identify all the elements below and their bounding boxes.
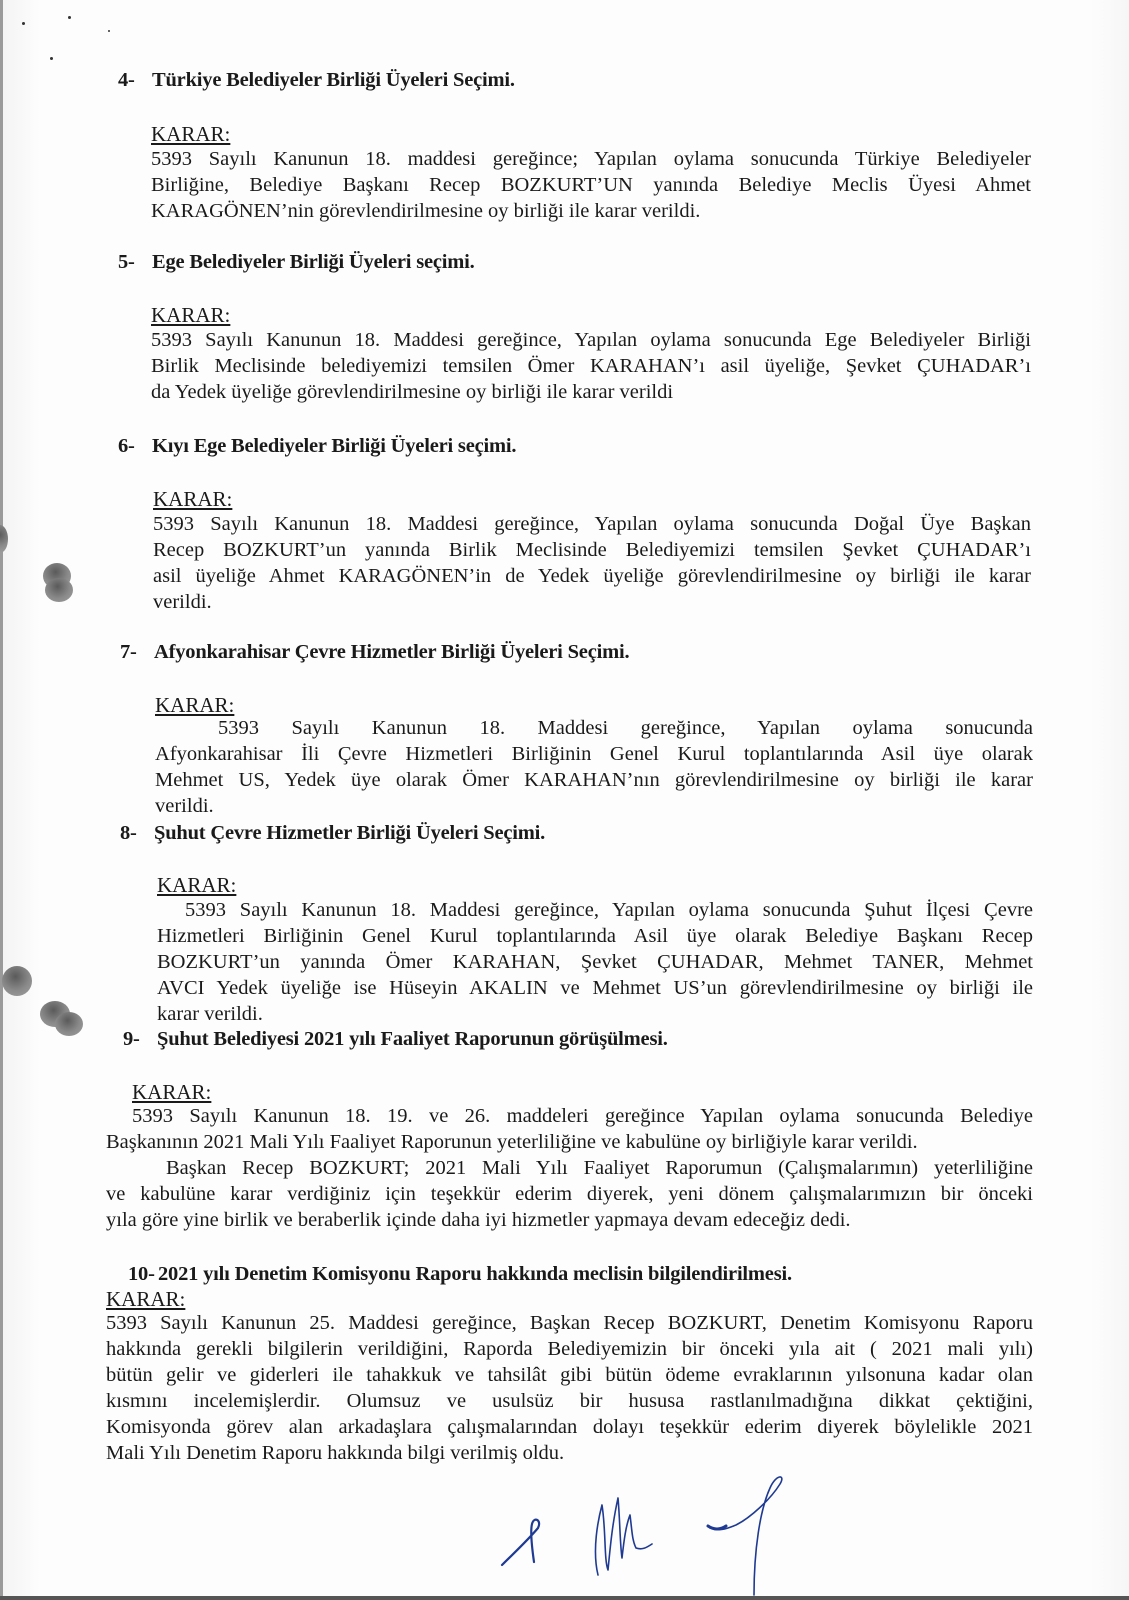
item-title: Şuhut Çevre Hizmetler Birliği Üyeleri Se…: [154, 822, 545, 844]
decision-line: hakkında gerekli bilgilerin verildiğini,…: [106, 1337, 1033, 1363]
decision-line: da Yedek üyeliğe görevlendirilmesine oy …: [151, 380, 673, 404]
agenda-item-8-title: 8-Şuhut Çevre Hizmetler Birliği Üyeleri …: [120, 821, 545, 845]
decision-line: Hizmetleri Birliğinin Genel Kurul toplan…: [157, 924, 1033, 950]
item-number: 8-: [120, 821, 154, 845]
item-title: Şuhut Belediyesi 2021 yılı Faaliyet Rapo…: [157, 1028, 668, 1050]
decision-label: KARAR:: [153, 487, 232, 511]
decision-line: verildi.: [155, 794, 214, 818]
item-title: Afyonkarahisar Çevre Hizmetler Birliği Ü…: [154, 641, 629, 663]
item-title: Türkiye Belediyeler Birliği Üyeleri Seçi…: [152, 69, 515, 91]
decision-line: Komisyonda görev alan arkadaşlara çalışm…: [106, 1415, 1033, 1441]
signatures: [470, 1470, 870, 1600]
item-number: 10-: [128, 1262, 158, 1286]
decision-line: verildi.: [153, 590, 212, 614]
decision-label: KARAR:: [151, 122, 230, 146]
decision-line: Başkan Recep BOZKURT; 2021 Mali Yılı Faa…: [166, 1156, 1033, 1182]
decision-line: 5393 Sayılı Kanunun 18. Maddesi gereğinc…: [218, 716, 1033, 742]
decision-line: Recep BOZKURT’un yanında Birlik Meclisin…: [153, 538, 1031, 564]
decision-line: Başkanının 2021 Mali Yılı Faaliyet Rapor…: [106, 1130, 918, 1154]
decision-line: AVCI Yedek üyeliğe ise Hüseyin AKALIN ve…: [157, 976, 1033, 1002]
item-number: 9-: [123, 1027, 157, 1051]
decision-line: yıla göre yine birlik ve beraberlik için…: [106, 1208, 851, 1232]
decision-label: KARAR:: [151, 303, 230, 327]
punch-hole-icon: [45, 578, 73, 602]
agenda-item-7-title: 7-Afyonkarahisar Çevre Hizmetler Birliği…: [120, 640, 629, 664]
scan-speck: [22, 22, 25, 25]
decision-line: Mali Yılı Denetim Raporu hakkında bilgi …: [106, 1441, 564, 1465]
scan-speck: [50, 57, 53, 60]
agenda-item-10-title: 10-2021 yılı Denetim Komisyonu Raporu ha…: [128, 1262, 792, 1286]
item-number: 4-: [118, 68, 152, 92]
decision-line: 5393 Sayılı Kanunun 18. 19. ve 26. madde…: [132, 1104, 1033, 1130]
punch-hole-icon: [55, 1012, 83, 1036]
decision-label: KARAR:: [132, 1080, 211, 1104]
scanned-page: 4-Türkiye Belediyeler Birliği Üyeleri Se…: [0, 0, 1129, 1600]
decision-line: 5393 Sayılı Kanunun 18. Maddesi gereğinc…: [153, 512, 1031, 538]
punch-hole-icon: [0, 525, 8, 553]
item-title: Ege Belediyeler Birliği Üyeleri seçimi.: [152, 251, 475, 273]
punch-hole-icon: [2, 966, 32, 996]
agenda-item-9-title: 9-Şuhut Belediyesi 2021 yılı Faaliyet Ra…: [123, 1027, 668, 1051]
item-number: 6-: [118, 434, 152, 458]
signature-3-icon: [710, 1477, 782, 1595]
item-title: 2021 yılı Denetim Komisyonu Raporu hakkı…: [158, 1263, 792, 1285]
scan-speck: [108, 30, 110, 32]
decision-label: KARAR:: [106, 1287, 185, 1311]
agenda-item-5-title: 5-Ege Belediyeler Birliği Üyeleri seçimi…: [118, 250, 475, 274]
decision-line: BOZKURT’un yanında Ömer KARAHAN, Şevket …: [157, 950, 1033, 976]
decision-line: karar verildi.: [157, 1002, 263, 1026]
decision-label: KARAR:: [155, 693, 234, 717]
decision-line: Afyonkarahisar İli Çevre Hizmetleri Birl…: [155, 742, 1033, 768]
decision-line: Birliğine, Belediye Başkanı Recep BOZKUR…: [151, 173, 1031, 199]
decision-line: bütün gelir ve giderleri ile tahakkuk ve…: [106, 1363, 1033, 1389]
decision-line: KARAGÖNEN’nin görevlendirilmesine oy bir…: [151, 199, 700, 223]
agenda-item-6-title: 6-Kıyı Ege Belediyeler Birliği Üyeleri s…: [118, 434, 516, 458]
decision-line: Birlik Meclisinde belediyemizi temsilen …: [151, 354, 1031, 380]
scan-speck: [68, 16, 71, 19]
item-number: 7-: [120, 640, 154, 664]
decision-line: asil üyeliğe Ahmet KARAGÖNEN’in de Yedek…: [153, 564, 1031, 590]
signature-2-icon: [595, 1498, 652, 1575]
decision-label: KARAR:: [157, 873, 236, 897]
decision-line: 5393 Sayılı Kanunun 25. Maddesi gereğinc…: [106, 1311, 1033, 1337]
scan-edge-left: [0, 0, 3, 1600]
signature-1-icon: [502, 1520, 539, 1565]
decision-line: kısmını incelemişlerdir. Olumsuz ve usul…: [106, 1389, 1033, 1415]
decision-line: 5393 Sayılı Kanunun 18. Maddesi gereğinc…: [185, 898, 1033, 924]
item-number: 5-: [118, 250, 152, 274]
decision-line: ve kabulüne karar verdiğiniz için teşekk…: [106, 1182, 1033, 1208]
decision-line: Mehmet US, Yedek üye olarak Ömer KARAHAN…: [155, 768, 1033, 794]
decision-line: 5393 Sayılı Kanunun 18. maddesi gereğinc…: [151, 147, 1031, 173]
item-title: Kıyı Ege Belediyeler Birliği Üyeleri seç…: [152, 435, 516, 457]
decision-line: 5393 Sayılı Kanunun 18. Maddesi gereğinc…: [151, 328, 1031, 354]
agenda-item-4-title: 4-Türkiye Belediyeler Birliği Üyeleri Se…: [118, 68, 515, 92]
